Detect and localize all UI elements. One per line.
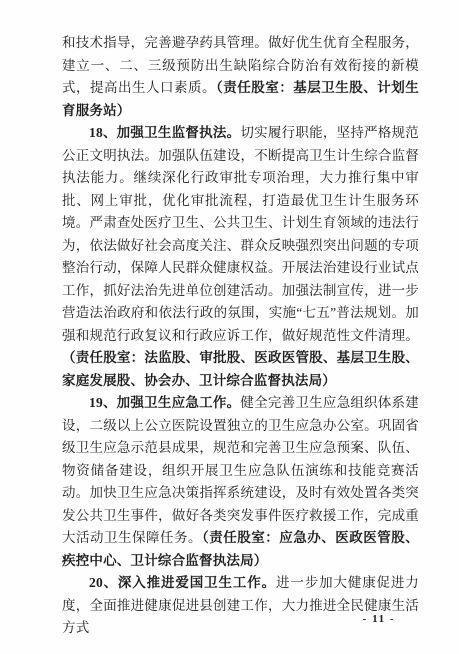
paragraph: 19、加强卫生应急工作。健全完善卫生应急组织体系建设，二级以上公立医院设置独立的… [62,392,419,572]
item-heading: 19、加强卫生应急工作。 [89,395,240,410]
paragraph: 20、深入推进爱国卫生工作。进一步加大健康促进力度，全面推进健康促进县创建工作，… [62,572,419,640]
body-text: 健全完善卫生应急组织体系建设，二级以上公立医院设置独立的卫生应急办公室。巩固省级… [62,395,419,545]
paragraph: 和技术指导，完善避孕药具管理。做好优生优育全程服务，建立一、二、三级预防出生缺陷… [62,32,419,122]
item-heading: 20、深入推进爱国卫生工作。 [89,575,276,590]
paragraph: 18、加强卫生监督执法。切实履行职能，坚持严格规范公正文明执法。加强队伍建设，不… [62,122,419,392]
body-text: 切实履行职能，坚持严格规范公正文明执法。加强队伍建设，不断提高卫生计生综合监督执… [62,125,419,343]
page-number: - 11 - [363,613,395,625]
document-body: 和技术指导，完善避孕药具管理。做好优生优育全程服务，建立一、二、三级预防出生缺陷… [62,32,419,640]
item-heading: 18、加强卫生监督执法。 [89,125,240,140]
responsibility-clause: （责任股室：法监股、审批股、医政医管股、基层卫生股、家庭发展股、协会办、卫计综合… [62,350,419,388]
document-page: 和技术指导，完善避孕药具管理。做好优生优育全程服务，建立一、二、三级预防出生缺陷… [0,0,459,654]
